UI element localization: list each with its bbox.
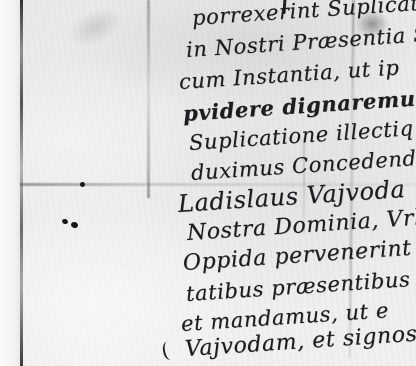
- ink-dot: [70, 221, 78, 229]
- ink-dot: [61, 218, 68, 225]
- pen-flourish-mark: [161, 340, 177, 361]
- vertical-fold-crease-left: [147, 0, 150, 198]
- scan-margin-strip: [0, 0, 20, 366]
- ink-dot: [80, 182, 85, 187]
- manuscript-scan: porrexerint Suplicati in Nostri Præsenti…: [0, 0, 416, 366]
- paper-smudge: [50, 0, 140, 65]
